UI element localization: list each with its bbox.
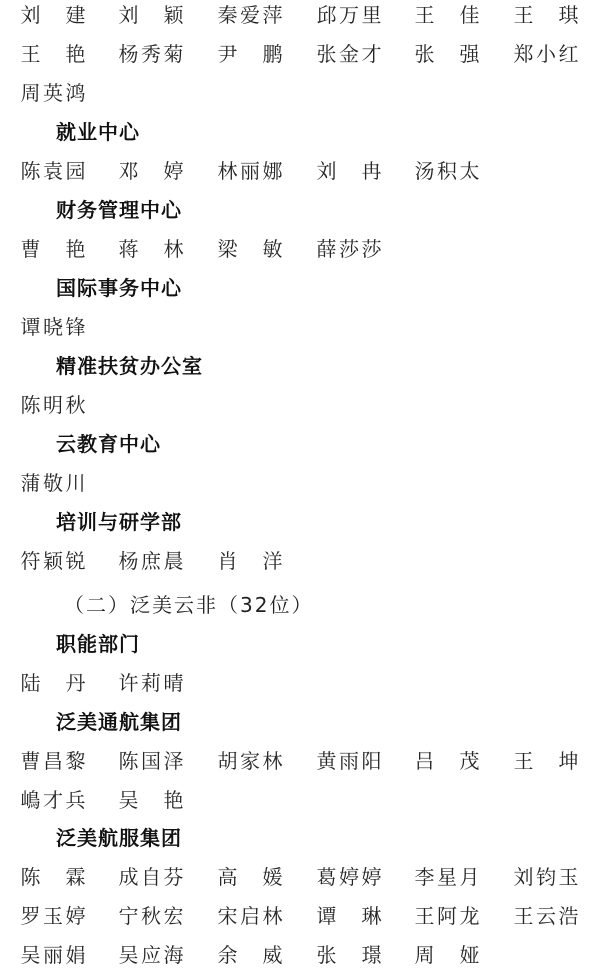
person-name: 刘颖: [118, 0, 184, 30]
person-name: 宋启林: [217, 901, 283, 931]
person-name: 吴艳: [118, 785, 184, 815]
person-name: 王坤: [513, 746, 579, 776]
name-row: 符颖锐杨庶晨肖洋: [0, 546, 600, 585]
department-heading-row: 就业中心: [0, 117, 600, 156]
department-heading: 泛美通航集团: [56, 707, 182, 737]
person-name: 蒋林: [118, 234, 184, 264]
person-name: 周英鸿: [20, 78, 86, 108]
name-row: 王艳杨秀菊尹鹏张金才张强郑小红: [0, 39, 600, 78]
person-name: 尹鹏: [217, 39, 283, 69]
department-heading: 精准扶贫办公室: [56, 351, 203, 381]
department-heading: 云教育中心: [56, 429, 161, 459]
person-name: 吴丽娟: [20, 940, 86, 970]
person-name: 张金才: [316, 39, 382, 69]
name-row: 嶋才兵吴艳: [0, 785, 600, 824]
person-name: 成自芬: [118, 862, 184, 892]
name-row: 蒲敬川: [0, 468, 600, 507]
person-name: 秦爱萍: [217, 0, 283, 30]
person-name: 刘冉: [316, 156, 382, 186]
department-heading-row: 云教育中心: [0, 429, 600, 468]
person-name: 谭琳: [316, 901, 382, 931]
person-name: 陈霖: [20, 862, 86, 892]
person-name: 王云浩: [513, 901, 579, 931]
department-heading-row: 财务管理中心: [0, 195, 600, 234]
person-name: 胡家林: [217, 746, 283, 776]
person-name: 张强: [414, 39, 480, 69]
person-name: 肖洋: [217, 546, 283, 576]
name-row: 吴丽娟吴应海余威张璟周娅: [0, 940, 600, 971]
name-row: 谭晓锋: [0, 312, 600, 351]
department-heading: 泛美航服集团: [56, 823, 182, 853]
person-name: 宁秋宏: [118, 901, 184, 931]
name-row: 曹艳蒋林梁敏薛莎莎: [0, 234, 600, 273]
person-name: 张璟: [316, 940, 382, 970]
name-row: 曹昌黎陈国泽胡家林黄雨阳吕茂王坤: [0, 746, 600, 785]
name-row: 陈袁园邓婷林丽娜刘冉汤积太: [0, 156, 600, 195]
department-heading-row: 职能部门: [0, 629, 600, 668]
person-name: 陆丹: [20, 668, 86, 698]
person-name: 吕茂: [414, 746, 480, 776]
person-name: 薛莎莎: [316, 234, 382, 264]
person-name: 王佳: [414, 0, 480, 30]
name-row: 陈霖成自芬高媛葛婷婷李星月刘钧玉: [0, 862, 600, 901]
person-name: 陈袁园: [20, 156, 86, 186]
person-name: 梁敏: [217, 234, 283, 264]
person-name: 刘建: [20, 0, 86, 30]
person-name: 谭晓锋: [20, 312, 86, 342]
department-heading: 培训与研学部: [56, 507, 182, 537]
person-name: 曹昌黎: [20, 746, 86, 776]
person-name: 余威: [217, 940, 283, 970]
person-name: 王琪: [513, 0, 579, 30]
person-name: 嶋才兵: [20, 785, 86, 815]
person-name: 刘钧玉: [513, 862, 579, 892]
person-name: 王阿龙: [414, 901, 480, 931]
person-name: 王艳: [20, 39, 86, 69]
person-name: 李星月: [414, 862, 480, 892]
department-heading: 国际事务中心: [56, 273, 182, 303]
person-name: 邓婷: [118, 156, 184, 186]
department-heading-row: 国际事务中心: [0, 273, 600, 312]
person-name: 吴应海: [118, 940, 184, 970]
name-row: 陆丹许莉晴: [0, 668, 600, 707]
person-name: 葛婷婷: [316, 862, 382, 892]
person-name: 蒲敬川: [20, 468, 86, 498]
section-title-row: （二）泛美云非（32位）: [0, 590, 600, 629]
name-row: 陈明秋: [0, 390, 600, 429]
department-heading-row: 培训与研学部: [0, 507, 600, 546]
name-row: 罗玉婷宁秋宏宋启林谭琳王阿龙王云浩: [0, 901, 600, 940]
person-name: 杨秀菊: [118, 39, 184, 69]
person-name: 符颖锐: [20, 546, 86, 576]
person-name: 曹艳: [20, 234, 86, 264]
department-heading-row: 泛美航服集团: [0, 823, 600, 862]
person-name: 黄雨阳: [316, 746, 382, 776]
person-name: 陈明秋: [20, 390, 86, 420]
person-name: 林丽娜: [217, 156, 283, 186]
person-name: 汤积太: [414, 156, 480, 186]
person-name: 杨庶晨: [118, 546, 184, 576]
department-heading: 财务管理中心: [56, 195, 182, 225]
department-heading: 就业中心: [56, 117, 140, 147]
department-heading: 职能部门: [56, 629, 140, 659]
person-name: 邱万里: [316, 0, 382, 30]
person-name: 陈国泽: [118, 746, 184, 776]
person-name: 许莉晴: [118, 668, 184, 698]
person-name: 郑小红: [513, 39, 579, 69]
department-heading-row: 泛美通航集团: [0, 707, 600, 746]
person-name: 周娅: [414, 940, 480, 970]
name-row: 刘建刘颖秦爱萍邱万里王佳王琪: [0, 0, 600, 39]
name-row: 周英鸿: [0, 78, 600, 117]
person-name: 罗玉婷: [20, 901, 86, 931]
department-heading-row: 精准扶贫办公室: [0, 351, 600, 390]
person-name: 高媛: [217, 862, 283, 892]
section-title: （二）泛美云非（32位）: [64, 590, 313, 620]
